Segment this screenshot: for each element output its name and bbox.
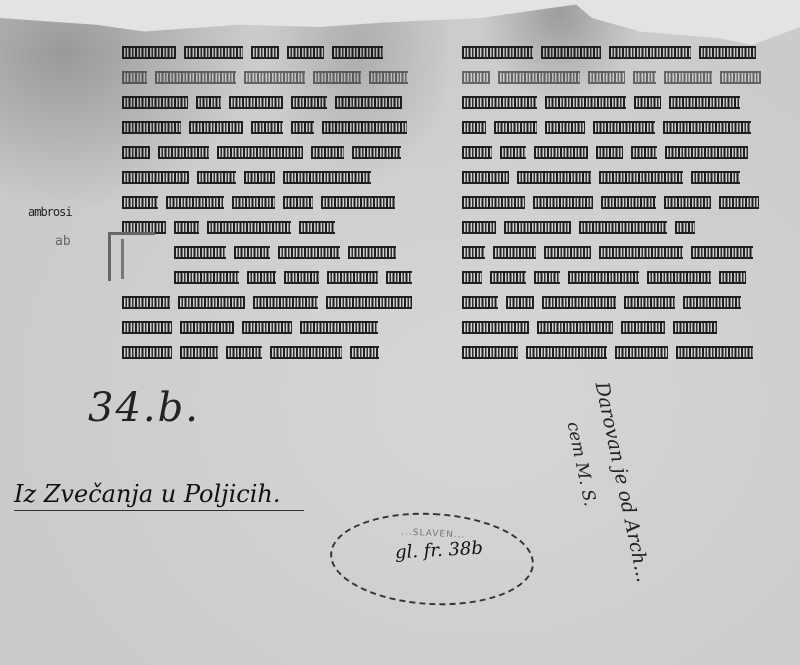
manuscript-word	[247, 271, 276, 284]
manuscript-word	[545, 121, 585, 134]
text-column-right	[462, 40, 772, 365]
manuscript-word	[291, 96, 327, 109]
manuscript-word	[178, 296, 245, 309]
manuscript-word	[634, 96, 661, 109]
manuscript-word	[332, 46, 383, 59]
manuscript-word	[493, 246, 536, 259]
manuscript-word	[537, 321, 613, 334]
manuscript-word	[665, 146, 748, 159]
manuscript-word	[504, 221, 571, 234]
manuscript-word	[313, 71, 361, 84]
manuscript-word	[533, 196, 593, 209]
manuscript-word	[270, 346, 342, 359]
manuscript-word	[244, 171, 275, 184]
manuscript-word	[287, 46, 324, 59]
manuscript-word	[462, 121, 486, 134]
manuscript-word	[321, 196, 395, 209]
manuscript-word	[122, 121, 181, 134]
manuscript-word	[180, 346, 218, 359]
manuscript-word	[242, 321, 292, 334]
manuscript-word	[207, 221, 291, 234]
margin-note: ambrosi	[28, 205, 72, 219]
manuscript-line	[462, 215, 772, 240]
provenance-note: Iz Zvečanja u Poljicih.	[14, 480, 304, 511]
manuscript-page: ambrosi ab 34.b. Iz Zvečanja u Poljicih.…	[0, 0, 800, 665]
manuscript-word	[624, 296, 675, 309]
manuscript-word	[544, 246, 591, 259]
manuscript-line	[462, 90, 772, 115]
manuscript-word	[542, 296, 616, 309]
manuscript-word	[283, 196, 313, 209]
manuscript-word	[462, 146, 492, 159]
manuscript-line	[122, 215, 452, 240]
manuscript-word	[251, 46, 279, 59]
manuscript-word	[386, 271, 412, 284]
manuscript-word	[579, 221, 667, 234]
manuscript-word	[615, 346, 668, 359]
manuscript-word	[462, 171, 509, 184]
manuscript-word	[691, 171, 740, 184]
manuscript-word	[174, 246, 226, 259]
manuscript-word	[352, 146, 401, 159]
manuscript-word	[699, 46, 756, 59]
manuscript-word	[462, 221, 496, 234]
manuscript-word	[155, 71, 236, 84]
manuscript-word	[621, 321, 665, 334]
manuscript-word	[166, 196, 224, 209]
manuscript-word	[122, 96, 188, 109]
manuscript-word	[462, 296, 498, 309]
manuscript-line	[462, 240, 772, 265]
manuscript-word	[229, 96, 283, 109]
manuscript-word	[462, 321, 529, 334]
manuscript-line	[462, 165, 772, 190]
manuscript-word	[348, 246, 396, 259]
manuscript-word	[664, 196, 711, 209]
manuscript-word	[284, 271, 319, 284]
manuscript-word	[462, 46, 533, 59]
manuscript-line	[122, 265, 452, 290]
manuscript-word	[534, 146, 588, 159]
manuscript-word	[217, 146, 303, 159]
manuscript-word	[335, 96, 402, 109]
manuscript-word	[196, 96, 221, 109]
manuscript-word	[278, 246, 340, 259]
manuscript-word	[675, 221, 695, 234]
manuscript-line	[122, 65, 452, 90]
manuscript-word	[122, 46, 176, 59]
manuscript-line	[462, 340, 772, 365]
folio-number: 34.b.	[88, 385, 200, 431]
vertical-donation-note: Darovan je od Arch...	[590, 380, 654, 584]
manuscript-word	[719, 196, 759, 209]
manuscript-word	[500, 146, 526, 159]
manuscript-word	[299, 221, 335, 234]
manuscript-word	[158, 146, 209, 159]
decorated-initial	[108, 232, 155, 281]
manuscript-word	[322, 121, 407, 134]
manuscript-word	[174, 271, 239, 284]
manuscript-word	[647, 271, 711, 284]
manuscript-word	[291, 121, 314, 134]
manuscript-word	[311, 146, 344, 159]
manuscript-word	[462, 346, 518, 359]
manuscript-word	[122, 71, 147, 84]
manuscript-word	[122, 296, 170, 309]
manuscript-word	[601, 196, 656, 209]
manuscript-word	[122, 146, 150, 159]
manuscript-word	[462, 71, 490, 84]
manuscript-word	[122, 171, 189, 184]
manuscript-word	[633, 71, 656, 84]
manuscript-word	[283, 171, 371, 184]
manuscript-line	[122, 40, 452, 65]
manuscript-word	[251, 121, 283, 134]
manuscript-word	[253, 296, 318, 309]
manuscript-word	[588, 71, 625, 84]
manuscript-word	[683, 296, 741, 309]
manuscript-word	[599, 171, 683, 184]
manuscript-word	[719, 271, 746, 284]
manuscript-word	[180, 321, 234, 334]
manuscript-word	[244, 71, 305, 84]
manuscript-word	[663, 121, 751, 134]
manuscript-word	[226, 346, 262, 359]
manuscript-line	[122, 115, 452, 140]
manuscript-word	[609, 46, 691, 59]
manuscript-word	[568, 271, 639, 284]
manuscript-word	[189, 121, 243, 134]
manuscript-word	[534, 271, 560, 284]
manuscript-word	[545, 96, 626, 109]
manuscript-word	[596, 146, 623, 159]
manuscript-word	[369, 71, 408, 84]
manuscript-word	[184, 46, 243, 59]
manuscript-word	[300, 321, 378, 334]
manuscript-line	[462, 190, 772, 215]
manuscript-word	[494, 121, 537, 134]
manuscript-word	[498, 71, 580, 84]
manuscript-line	[462, 115, 772, 140]
manuscript-line	[122, 190, 452, 215]
manuscript-word	[122, 346, 172, 359]
manuscript-word	[197, 171, 236, 184]
manuscript-line	[462, 265, 772, 290]
manuscript-line	[462, 65, 772, 90]
manuscript-word	[673, 321, 717, 334]
manuscript-word	[122, 321, 172, 334]
manuscript-word	[350, 346, 379, 359]
manuscript-word	[541, 46, 601, 59]
manuscript-word	[691, 246, 753, 259]
manuscript-line	[122, 90, 452, 115]
text-column-left	[122, 40, 452, 365]
manuscript-word	[462, 271, 482, 284]
manuscript-line	[122, 290, 452, 315]
manuscript-word	[676, 346, 753, 359]
manuscript-word	[517, 171, 591, 184]
manuscript-line	[122, 240, 452, 265]
manuscript-word	[462, 96, 537, 109]
margin-note-abbrev: ab	[55, 234, 71, 249]
manuscript-word	[174, 221, 199, 234]
manuscript-word	[720, 71, 761, 84]
manuscript-word	[232, 196, 275, 209]
manuscript-word	[326, 296, 412, 309]
manuscript-line	[122, 340, 452, 365]
manuscript-word	[490, 271, 526, 284]
manuscript-line	[462, 140, 772, 165]
vertical-donation-note-2: cem M. S.	[562, 420, 599, 508]
torn-top-edge	[0, 0, 800, 45]
manuscript-word	[669, 96, 740, 109]
manuscript-word	[234, 246, 270, 259]
manuscript-word	[631, 146, 657, 159]
manuscript-line	[462, 40, 772, 65]
manuscript-word	[327, 271, 378, 284]
manuscript-word	[593, 121, 655, 134]
manuscript-line	[462, 315, 772, 340]
manuscript-word	[506, 296, 534, 309]
manuscript-line	[122, 165, 452, 190]
manuscript-line	[122, 315, 452, 340]
manuscript-word	[526, 346, 607, 359]
manuscript-word	[664, 71, 712, 84]
manuscript-line	[122, 140, 452, 165]
manuscript-word	[599, 246, 683, 259]
manuscript-line	[462, 290, 772, 315]
manuscript-word	[122, 196, 158, 209]
manuscript-word	[462, 246, 485, 259]
manuscript-word	[462, 196, 525, 209]
